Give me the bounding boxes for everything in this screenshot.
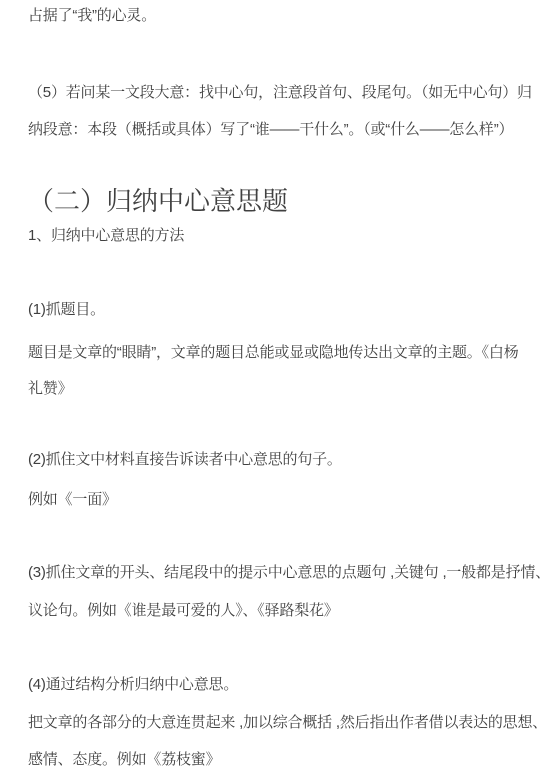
method-3-line-2: 议论句。例如《谁是最可爱的人》、《驿路梨花》 bbox=[28, 599, 530, 623]
method-4-title: (4)通过结构分析归纳中心意思。 bbox=[28, 673, 530, 697]
summary-tip-5-line-2: 纳段意：本段（概括或具体）写了“谁——干什么”。（或“什么——怎么样”） bbox=[28, 118, 530, 142]
method-1-description: 题目是文章的“眼睛”，文章的题目总能或显或隐地传达出文章的主题。《白杨 礼赞》 bbox=[28, 341, 530, 401]
summary-tip-5: （5）若问某一文段大意：找中心句，注意段首句、段尾句。（如无中心句）归 纳段意：… bbox=[28, 81, 530, 142]
intro-paragraph-tail: 占据了“我”的心灵。 bbox=[28, 4, 530, 28]
method-4-description: 把文章的各部分的大意连贯起来 ,加以综合概括 ,然后指出作者借以表达的思想、 感… bbox=[28, 711, 530, 772]
intro-line: 占据了“我”的心灵。 bbox=[28, 4, 530, 28]
method-2-example: 例如《一面》 bbox=[28, 488, 530, 512]
document-page: 占据了“我”的心灵。 （5）若问某一文段大意：找中心句，注意段首句、段尾句。（如… bbox=[0, 0, 556, 772]
method-1-title: (1)抓题目。 bbox=[28, 298, 530, 322]
method-list-title: 1、归纳中心意思的方法 bbox=[28, 224, 530, 248]
method-3-line-1: (3)抓住文章的开头、结尾段中的提示中心意思的点题句 ,关键句 ,一般都是抒情、 bbox=[28, 561, 530, 585]
method-1-description-line-1: 题目是文章的“眼睛”，文章的题目总能或显或隐地传达出文章的主题。《白杨 bbox=[28, 341, 530, 365]
method-3-paragraph: (3)抓住文章的开头、结尾段中的提示中心意思的点题句 ,关键句 ,一般都是抒情、… bbox=[28, 561, 530, 623]
summary-tip-5-line-1: （5）若问某一文段大意：找中心句，注意段首句、段尾句。（如无中心句）归 bbox=[28, 81, 530, 105]
method-4-description-line-1: 把文章的各部分的大意连贯起来 ,加以综合概括 ,然后指出作者借以表达的思想、 bbox=[28, 711, 530, 735]
method-2-title: (2)抓住文中材料直接告诉读者中心意思的句子。 bbox=[28, 448, 530, 472]
section-heading: （二）归纳中心意思题 bbox=[28, 184, 530, 218]
method-4-description-line-2: 感情、态度。例如《荔枝蜜》 bbox=[28, 748, 530, 772]
method-1-description-line-2: 礼赞》 bbox=[28, 377, 530, 401]
